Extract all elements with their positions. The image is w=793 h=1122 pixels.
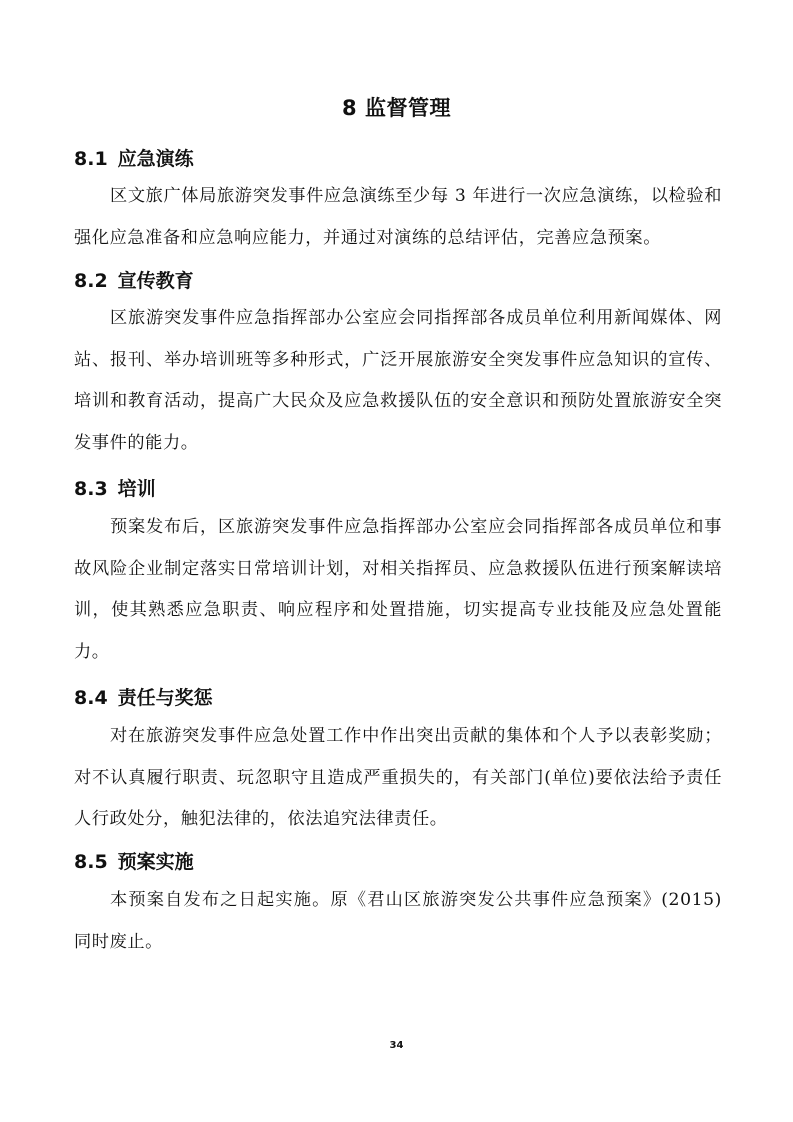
document-page: 8 监督管理 8.1应急演练 区文旅广体局旅游突发事件应急演练至少每 3 年进行… <box>0 0 793 1122</box>
section-heading-8-1: 8.1应急演练 <box>74 145 194 173</box>
section-number: 8.4 <box>74 687 108 709</box>
section-heading-8-4: 8.4责任与奖惩 <box>74 684 213 712</box>
section-number: 8.5 <box>74 851 108 873</box>
section-number: 8.3 <box>74 478 108 500</box>
section-body-8-5: 本预案自发布之日起实施。原《君山区旅游突发公共事件应急预案》(2015)同时废止… <box>74 880 722 963</box>
section-title: 宣传教育 <box>118 270 194 292</box>
section-body-8-1: 区文旅广体局旅游突发事件应急演练至少每 3 年进行一次应急演练，以检验和强化应急… <box>74 176 722 259</box>
section-heading-8-2: 8.2宣传教育 <box>74 267 194 295</box>
section-title: 预案实施 <box>118 851 194 873</box>
section-body-8-2: 区旅游突发事件应急指挥部办公室应会同指挥部各成员单位利用新闻媒体、网站、报刊、举… <box>74 298 722 464</box>
section-title: 责任与奖惩 <box>118 687 213 709</box>
section-title: 应急演练 <box>118 148 194 170</box>
section-number: 8.1 <box>74 148 108 170</box>
section-title: 培训 <box>118 478 156 500</box>
page-number: 34 <box>0 1040 793 1051</box>
section-body-8-3: 预案发布后，区旅游突发事件应急指挥部办公室应会同指挥部各成员单位和事故风险企业制… <box>74 507 722 673</box>
section-heading-8-3: 8.3培训 <box>74 475 156 503</box>
chapter-title: 8 监督管理 <box>0 93 793 123</box>
section-heading-8-5: 8.5预案实施 <box>74 848 194 876</box>
section-number: 8.2 <box>74 270 108 292</box>
section-body-8-4: 对在旅游突发事件应急处置工作中作出突出贡献的集体和个人予以表彰奖励；对不认真履行… <box>74 716 722 841</box>
